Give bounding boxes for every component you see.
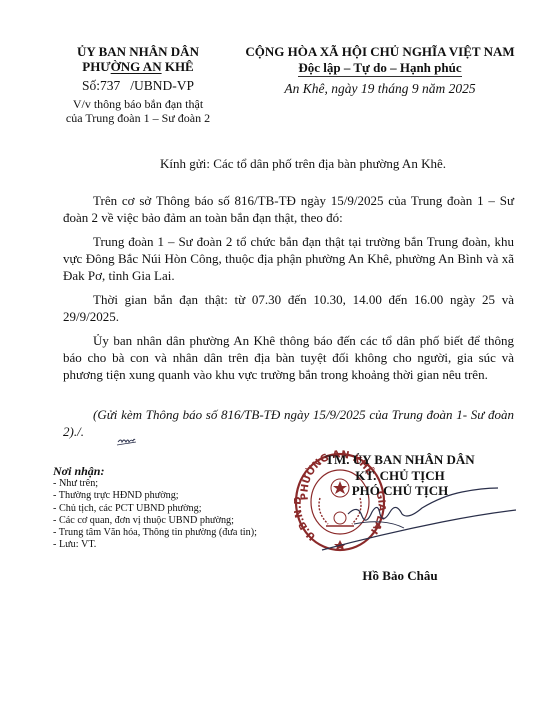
ward-name-underlined: ỜNG AN <box>111 59 162 74</box>
document-number-code: /UBND-VP <box>130 78 194 93</box>
body-paragraph-2: Trung đoàn 1 – Sư đoàn 2 tổ chức bắn đạn… <box>63 233 514 284</box>
receivers-title: Nơi nhận: <box>53 465 303 478</box>
subject-line: của Trung đoàn 1 – Sư đoàn 2 <box>50 111 226 125</box>
paragraph-text: Trên cơ sở Thông báo số 816/TB-TĐ ngày 1… <box>63 193 514 225</box>
ward-name-part: PHƯ <box>82 59 110 74</box>
paragraph-text: Thời gian bắn đạn thật: từ 07.30 đến 10.… <box>63 292 514 324</box>
handwritten-signature-icon <box>318 484 518 554</box>
paragraph-text: Trung đoàn 1 – Sư đoàn 2 tổ chức bắn đạn… <box>63 234 514 283</box>
paragraph-text: (Gửi kèm Thông báo số 816/TB-TĐ ngày 15/… <box>63 407 514 439</box>
authority-name: ỦY BAN NHÂN DÂN <box>50 44 226 59</box>
body-paragraph-1: Trên cơ sở Thông báo số 816/TB-TĐ ngày 1… <box>63 192 514 226</box>
initials-mark-icon <box>116 436 138 446</box>
signer-name: Hồ Bảo Châu <box>300 568 500 584</box>
receiver-item: - Các cơ quan, đơn vị thuộc UBND phường; <box>53 515 303 527</box>
paragraph-text: Ủy ban nhân dân phường An Khê thông báo … <box>63 333 514 382</box>
receiver-item: - Thường trực HĐND phường; <box>53 490 303 502</box>
subject-line: V/v thông báo bắn đạn thật <box>50 97 226 111</box>
body-paragraph-4: Ủy ban nhân dân phường An Khê thông báo … <box>63 332 514 383</box>
national-motto: Độc lập – Tự do – Hạnh phúc <box>298 60 461 77</box>
receiver-item: - Chủ tịch, các PCT UBND phường; <box>53 503 303 515</box>
receiver-item: - Như trên; <box>53 478 303 490</box>
issuing-authority-block: ỦY BAN NHÂN DÂN PHƯỜNG AN KHÊ Số:737/UBN… <box>50 44 226 125</box>
national-header-block: CỘNG HÒA XÃ HỘI CHỦ NGHĨA VIỆT NAM Độc l… <box>230 44 530 98</box>
document-number-value: Số:737 <box>82 78 120 93</box>
ward-name: PHƯỜNG AN KHÊ <box>50 59 226 74</box>
recipient-line: Kính gửi: Các tổ dân phố trên địa bàn ph… <box>160 156 540 172</box>
national-title: CỘNG HÒA XÃ HỘI CHỦ NGHĨA VIỆT NAM <box>230 44 530 59</box>
ward-name-part: KHÊ <box>162 59 194 74</box>
document-number: Số:737/UBND-VP <box>50 77 226 95</box>
body-paragraph-attachment: (Gửi kèm Thông báo số 816/TB-TĐ ngày 15/… <box>63 406 514 440</box>
receiver-item: - Lưu: VT. <box>53 539 303 551</box>
body-paragraph-3: Thời gian bắn đạn thật: từ 07.30 đến 10.… <box>63 291 514 325</box>
place-date: An Khê, ngày 19 tháng 9 năm 2025 <box>230 80 530 98</box>
document-subject: V/v thông báo bắn đạn thật của Trung đoà… <box>50 97 226 125</box>
signature-title-line: KT. CHỦ TỊCH <box>300 468 500 484</box>
receivers-block: Nơi nhận: - Như trên; - Thường trực HĐND… <box>53 465 303 552</box>
receiver-item: - Trung tâm Văn hóa, Thông tin phường (đ… <box>53 527 303 539</box>
signature-title-line: TM. ỦY BAN NHÂN DÂN <box>300 452 500 468</box>
